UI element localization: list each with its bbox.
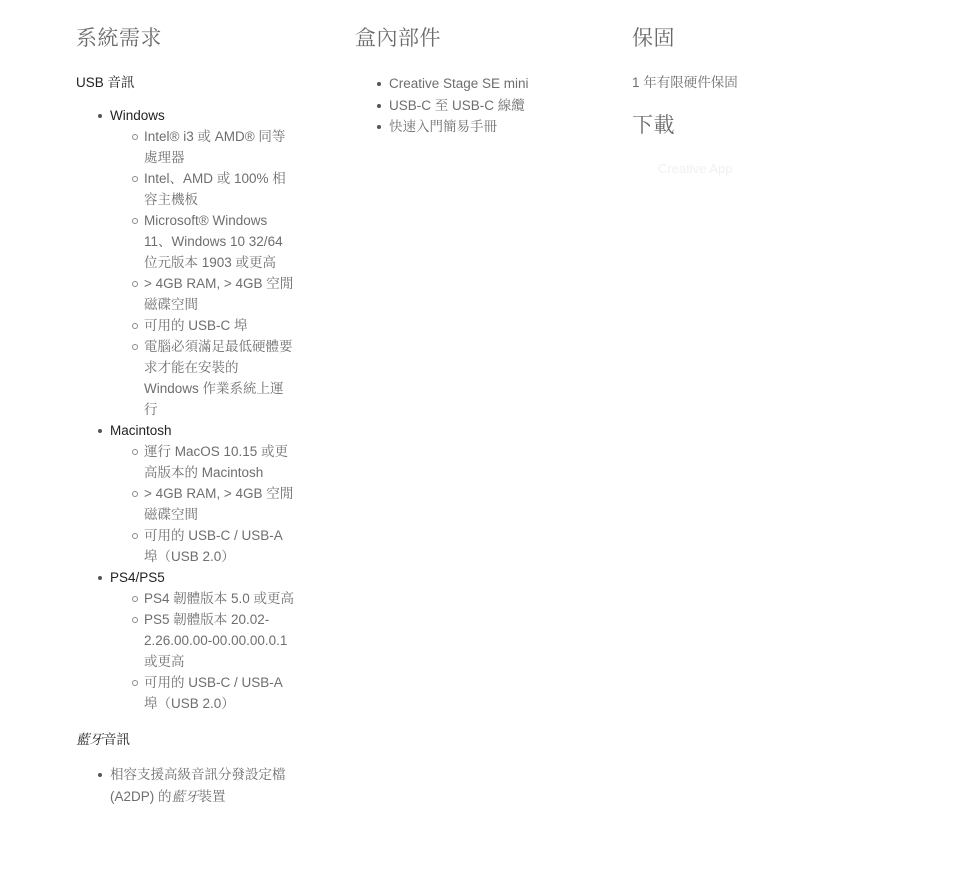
platform-ps4-ps5: PS4/PS5 PS4 韌體版本 5.0 或更高 PS5 韌體版本 20.02-…: [110, 567, 296, 714]
download-link-creative-app[interactable]: Creative App: [658, 159, 732, 179]
in-the-box-list: Creative Stage SE mini USB-C 至 USB-C 線纜 …: [355, 73, 585, 138]
bluetooth-requirements-list: 相容支援高級音訊分發設定檔 (A2DP) 的藍牙裝置: [76, 764, 296, 807]
requirement-item: PS5 韌體版本 20.02-2.26.00.00-00.00.00.0.1 或…: [144, 609, 296, 672]
requirement-item: Microsoft® Windows 11、Windows 10 32/64 位…: [144, 210, 296, 273]
in-the-box-title: 盒內部件: [355, 24, 585, 54]
platform-macintosh: Macintosh 運行 MacOS 10.15 或更高版本的 Macintos…: [110, 420, 296, 567]
bluetooth-requirement-item: 相容支援高級音訊分發設定檔 (A2DP) 的藍牙裝置: [110, 764, 296, 807]
downloads-title: 下載: [632, 111, 882, 141]
box-item: USB-C 至 USB-C 線纜: [389, 95, 585, 117]
requirement-item: > 4GB RAM, > 4GB 空閒磁碟空間: [144, 273, 296, 315]
requirement-item: > 4GB RAM, > 4GB 空閒磁碟空間: [144, 483, 296, 525]
box-item: 快速入門簡易手冊: [389, 116, 585, 138]
usb-audio-heading: USB 音訊: [76, 73, 296, 93]
in-the-box-column: 盒內部件 Creative Stage SE mini USB-C 至 USB-…: [355, 24, 585, 138]
requirement-item: Intel、AMD 或 100% 相容主機板: [144, 168, 296, 210]
requirement-item: Intel® i3 或 AMD® 同等處理器: [144, 126, 296, 168]
requirement-item: 運行 MacOS 10.15 或更高版本的 Macintosh: [144, 441, 296, 483]
platform-list: Windows Intel® i3 或 AMD® 同等處理器 Intel、AMD…: [76, 105, 296, 714]
system-requirements-column: 系統需求 USB 音訊 Windows Intel® i3 或 AMD® 同等處…: [76, 24, 296, 807]
warranty-text: 1 年有限硬件保固: [632, 73, 882, 93]
windows-requirements-list: Intel® i3 或 AMD® 同等處理器 Intel、AMD 或 100% …: [110, 126, 296, 420]
bluetooth-term: 藍牙: [76, 732, 103, 747]
requirement-item: 可用的 USB-C / USB-A 埠（USB 2.0）: [144, 672, 296, 714]
warranty-title: 保固: [632, 24, 882, 54]
requirement-item: 可用的 USB-C 埠: [144, 315, 296, 336]
downloads-list: Creative App: [632, 159, 882, 179]
platform-windows: Windows Intel® i3 或 AMD® 同等處理器 Intel、AMD…: [110, 105, 296, 420]
platform-name: Macintosh: [110, 423, 172, 438]
platform-name: Windows: [110, 108, 165, 123]
warranty-downloads-column: 保固 1 年有限硬件保固 下載 Creative App: [632, 24, 882, 179]
bluetooth-item-suffix: 裝置: [199, 789, 226, 804]
bluetooth-heading-rest: 音訊: [103, 732, 130, 747]
requirement-item: 可用的 USB-C / USB-A 埠（USB 2.0）: [144, 525, 296, 567]
macintosh-requirements-list: 運行 MacOS 10.15 或更高版本的 Macintosh > 4GB RA…: [110, 441, 296, 567]
requirement-item: 電腦必須滿足最低硬體要求才能在安裝的 Windows 作業系統上運行: [144, 336, 296, 420]
box-item: Creative Stage SE mini: [389, 73, 585, 95]
ps-requirements-list: PS4 韌體版本 5.0 或更高 PS5 韌體版本 20.02-2.26.00.…: [110, 588, 296, 714]
requirement-item: PS4 韌體版本 5.0 或更高: [144, 588, 296, 609]
system-requirements-title: 系統需求: [76, 24, 296, 54]
bluetooth-audio-heading: 藍牙音訊: [76, 730, 296, 750]
platform-name: PS4/PS5: [110, 570, 165, 585]
bluetooth-term: 藍牙: [172, 789, 199, 804]
